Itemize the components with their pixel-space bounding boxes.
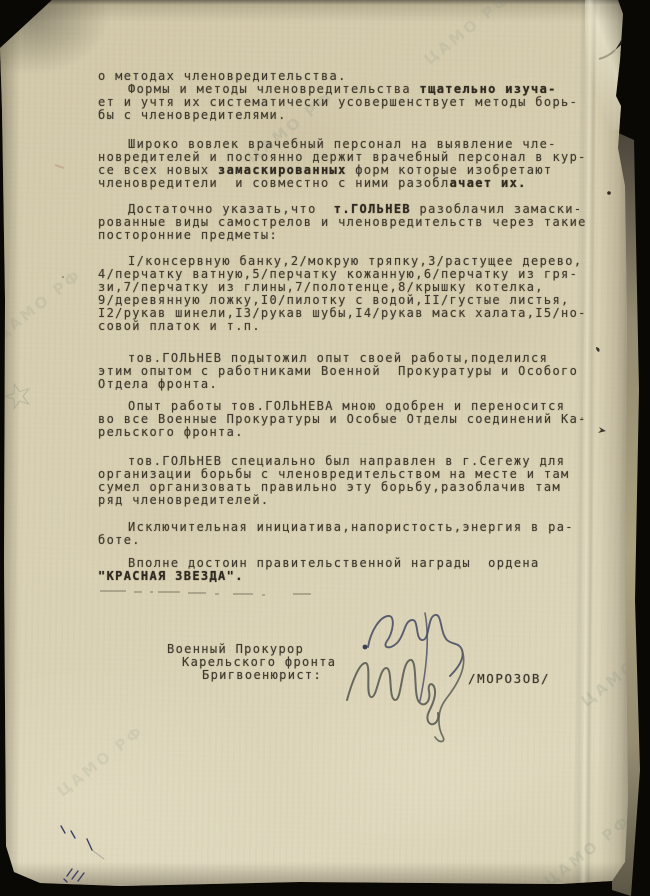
document-line: посторонние предметы:: [98, 229, 587, 242]
document-line: ряд членовредителей.: [98, 494, 570, 507]
signature-title-line: Бригвоенюрист:: [167, 669, 336, 682]
document-text: о методах членовредительства.Формы и мет…: [0, 0, 650, 896]
document-line: Исключительная инициатива,напористость,э…: [98, 521, 574, 534]
document-paragraph: тов.ГОЛЬНЕВ подытожил опыт своей работы,…: [98, 352, 578, 391]
signer-name: /МОРОЗОВ/: [468, 671, 550, 686]
document-line: боте.: [98, 534, 574, 547]
document-paragraph: Формы и методы членовредительства тщател…: [98, 83, 578, 122]
document-paragraph: Исключительная инициатива,напористость,э…: [98, 521, 574, 547]
document-paragraph: тов.ГОЛЬНЕВ специально был направлен в г…: [98, 455, 570, 507]
document-line: Отдела фронта.: [98, 378, 578, 391]
document-line: бы с членовредителями.: [98, 109, 578, 122]
paper-sheet: ☆ ЦАМО РФЦАМО РФЦАМО РФЦАМО РФЦАМО РФЦАМ…: [0, 0, 650, 896]
document-paragraph: Вполне достоин правительственной награды…: [98, 557, 540, 583]
signature-title-block: Военный Прокурор Карельского фронта Бриг…: [167, 643, 336, 683]
document-line: рельского фронта.: [98, 426, 587, 439]
document-paragraph: Опыт работы тов.ГОЛЬНЕВА мною одобрен и …: [98, 400, 587, 439]
document-line: членовредители и совместно с ними разобл…: [98, 177, 587, 190]
document-line: совой платок и т.п.: [98, 320, 587, 333]
document-line: "КРАСНАЯ ЗВЕЗДА".: [98, 570, 540, 583]
document-paragraph: Широко вовлек врачебный персонал на выяв…: [98, 138, 587, 190]
scanned-page: ☆ ЦАМО РФЦАМО РФЦАМО РФЦАМО РФЦАМО РФЦАМ…: [0, 0, 650, 896]
document-paragraph: Достаточно указать,что т.ГОЛЬНЕВ разобла…: [98, 203, 587, 242]
document-paragraph: I/консервную банку,2/мокрую тряпку,3/рас…: [98, 255, 587, 334]
